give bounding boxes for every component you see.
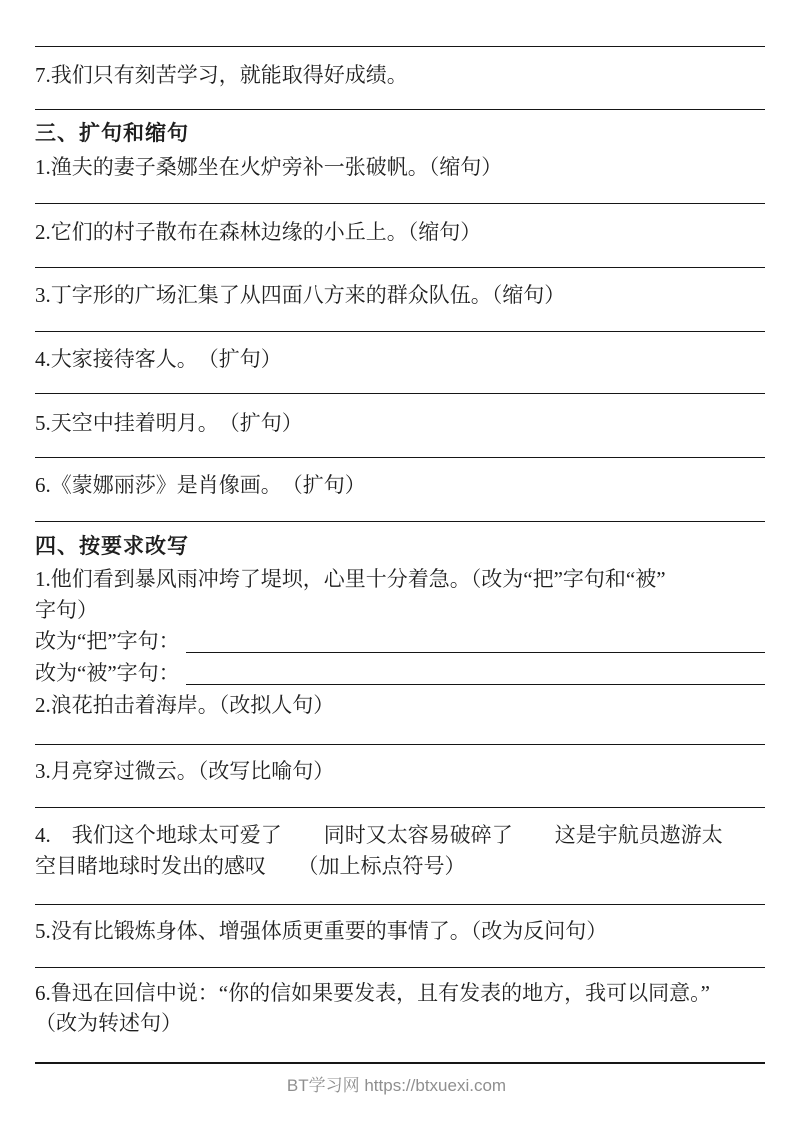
question-text: 1.渔夫的妻子桑娜坐在火炉旁补一张破帆。（缩句） bbox=[35, 152, 767, 182]
question-text: 4.大家接待客人。 （扩句） bbox=[35, 344, 767, 374]
question-text: （改为转述句） bbox=[35, 1008, 767, 1038]
question-text: 4. 我们这个地球太可爱了 同时又太容易破碎了 这是宇航员遨游太 bbox=[35, 820, 767, 850]
answer-line bbox=[35, 203, 765, 204]
answer-line bbox=[35, 267, 765, 268]
rewrite-ba-row: 改为“把”字句： bbox=[35, 628, 765, 654]
answer-line bbox=[35, 967, 765, 968]
answer-line bbox=[35, 393, 765, 394]
rewrite-bei-label: 改为“被”字句： bbox=[35, 660, 180, 686]
question-text: 字句） bbox=[35, 595, 767, 625]
answer-line bbox=[35, 807, 765, 808]
question-text: 5.天空中挂着明月。 （扩句） bbox=[35, 408, 767, 438]
question-text: 6.鲁迅在回信中说：“你的信如果要发表，且有发表的地方，我可以同意。” bbox=[35, 978, 767, 1008]
question-text: 3.丁字形的广场汇集了从四面八方来的群众队伍。（缩句） bbox=[35, 280, 767, 310]
section-heading: 三、扩句和缩句 bbox=[35, 118, 767, 148]
worksheet-page: 7.我们只有刻苦学习，就能取得好成绩。 三、扩句和缩句 1.渔夫的妻子桑娜坐在火… bbox=[0, 0, 793, 1122]
rewrite-ba-label: 改为“把”字句： bbox=[35, 628, 180, 654]
answer-line bbox=[35, 331, 765, 332]
question-text: 2.它们的村子散布在森林边缘的小丘上。（缩句） bbox=[35, 217, 767, 247]
question-text: 3.月亮穿过微云。（改写比喻句） bbox=[35, 756, 767, 786]
question-text: 6.《蒙娜丽莎》是肖像画。 （扩句） bbox=[35, 470, 767, 500]
answer-line bbox=[35, 521, 765, 522]
question-text: 1.他们看到暴风雨冲垮了堤坝，心里十分着急。（改为“把”字句和“被” bbox=[35, 564, 767, 594]
answer-line bbox=[35, 46, 765, 47]
question-text: 5.没有比锻炼身体、增强体质更重要的事情了。（改为反问句） bbox=[35, 916, 767, 946]
rewrite-bei-row: 改为“被”字句： bbox=[35, 660, 765, 686]
answer-line bbox=[35, 904, 765, 905]
section-heading: 四、按要求改写 bbox=[35, 531, 767, 561]
question-text: 7.我们只有刻苦学习，就能取得好成绩。 bbox=[35, 60, 767, 90]
answer-blank bbox=[186, 628, 765, 653]
footer-divider bbox=[35, 1062, 765, 1064]
answer-line bbox=[35, 109, 765, 110]
answer-blank bbox=[186, 660, 765, 685]
question-text: 2.浪花拍击着海岸。（改拟人句） bbox=[35, 690, 767, 720]
question-text: 空目睹地球时发出的感叹 （加上标点符号） bbox=[35, 851, 767, 881]
answer-line bbox=[35, 457, 765, 458]
footer-site-text: BT学习网 https://btxuexi.com bbox=[0, 1071, 793, 1096]
answer-line bbox=[35, 744, 765, 745]
